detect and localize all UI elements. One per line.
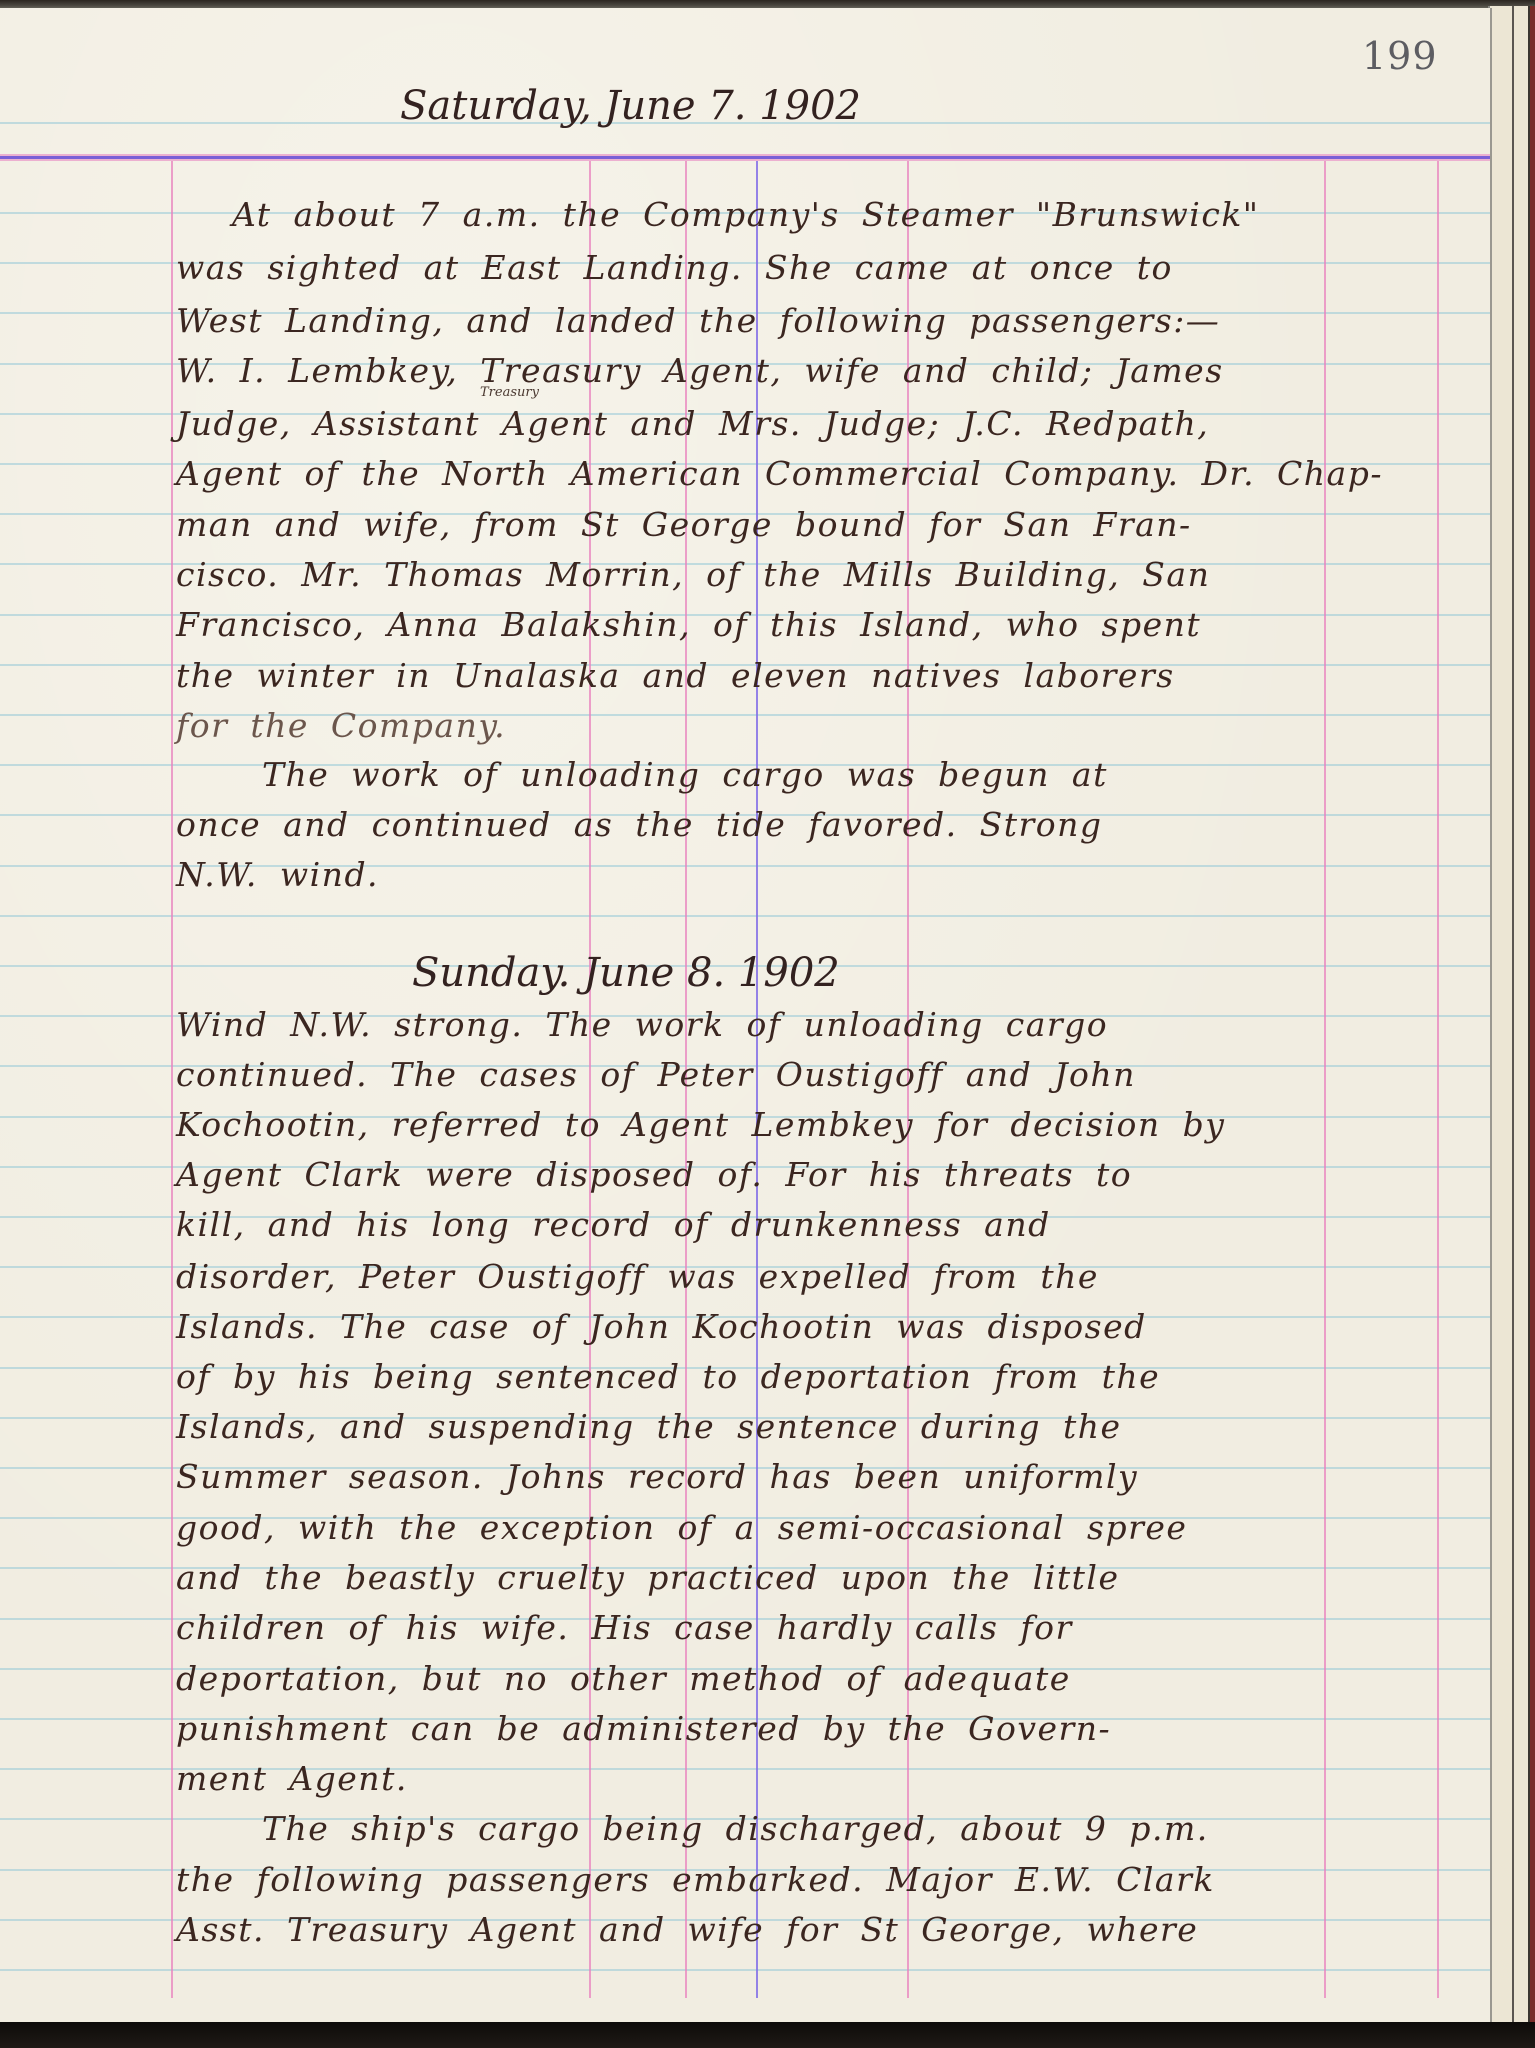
entry-line: W. I. Lembkey, Treasury Agent, wife and …	[176, 354, 1224, 387]
entry-line: Kochootin, referred to Agent Lembkey for…	[176, 1108, 1225, 1141]
margin-rule	[171, 161, 173, 1998]
entry-line: was sighted at East Landing. She came at…	[176, 251, 1173, 284]
entry-line: West Landing, and landed the following p…	[176, 304, 1220, 337]
entry-line: At about 7 a.m. the Company's Steamer "B…	[232, 198, 1260, 231]
ruled-line	[0, 1969, 1490, 1971]
entry-line: Judge, Assistant Agent and Mrs. Judge; J…	[176, 407, 1209, 440]
entry-line: The work of unloading cargo was begun at	[262, 758, 1108, 791]
entry-line: the following passengers embarked. Major…	[176, 1863, 1215, 1896]
header-rule	[0, 156, 1490, 159]
entry-line: Wind N.W. strong. The work of unloading …	[176, 1008, 1108, 1041]
entry-line: Agent of the North American Commercial C…	[176, 457, 1383, 490]
entry-line: Francisco, Anna Balakshin, of this Islan…	[176, 608, 1201, 641]
entry-line: kill, and his long record of drunkenness…	[176, 1208, 1051, 1241]
entry-line: good, with the exception of a semi-occas…	[176, 1511, 1187, 1544]
entry-line: N.W. wind.	[176, 858, 379, 891]
entry-line: the winter in Unalaska and eleven native…	[176, 659, 1175, 692]
ruled-line	[0, 915, 1490, 917]
entry-line: children of his wife. His case hardly ca…	[176, 1611, 1073, 1644]
entry-line: Islands, and suspending the sentence dur…	[176, 1410, 1122, 1443]
entry-line: disorder, Peter Oustigoff was expelled f…	[176, 1260, 1099, 1293]
entry-line: deportation, but no other method of adeq…	[176, 1662, 1071, 1695]
entry-date-heading: Saturday, June 7. 1902	[400, 86, 861, 126]
interlinear-insert: Treasury	[480, 386, 539, 399]
book-bottom-edge	[0, 2022, 1535, 2048]
entry-line: cisco. Mr. Thomas Morrin, of the Mills B…	[176, 558, 1210, 591]
entry-line: and the beastly cruelty practiced upon t…	[176, 1561, 1120, 1594]
entry-line: of by his being sentenced to deportation…	[176, 1360, 1160, 1393]
entry-line: Islands. The case of John Kochootin was …	[176, 1310, 1147, 1343]
journal-page: 199 Saturday, June 7. 1902 At about 7 a.…	[0, 8, 1492, 2026]
entry-line: Agent Clark were disposed of. For his th…	[176, 1158, 1132, 1191]
column-rule	[1324, 161, 1326, 1998]
book-cover-edge	[1528, 6, 1535, 2024]
entry-line: punishment can be administered by the Go…	[176, 1712, 1111, 1745]
entry-line: for the Company.	[176, 709, 506, 742]
entry-line: ment Agent.	[176, 1762, 408, 1795]
entry-line: Asst. Treasury Agent and wife for St Geo…	[176, 1913, 1198, 1946]
page-number: 199	[1362, 34, 1438, 78]
entry-line: continued. The cases of Peter Oustigoff …	[176, 1058, 1136, 1091]
entry-line: once and continued as the tide favored. …	[176, 808, 1103, 841]
entry-line: man and wife, from St George bound for S…	[176, 508, 1192, 541]
entry-line: The ship's cargo being discharged, about…	[262, 1812, 1209, 1845]
entry-line: Summer season. Johns record has been uni…	[176, 1460, 1138, 1493]
entry-date-heading: Sunday. June 8. 1902	[412, 953, 840, 993]
column-rule	[1437, 161, 1439, 1998]
